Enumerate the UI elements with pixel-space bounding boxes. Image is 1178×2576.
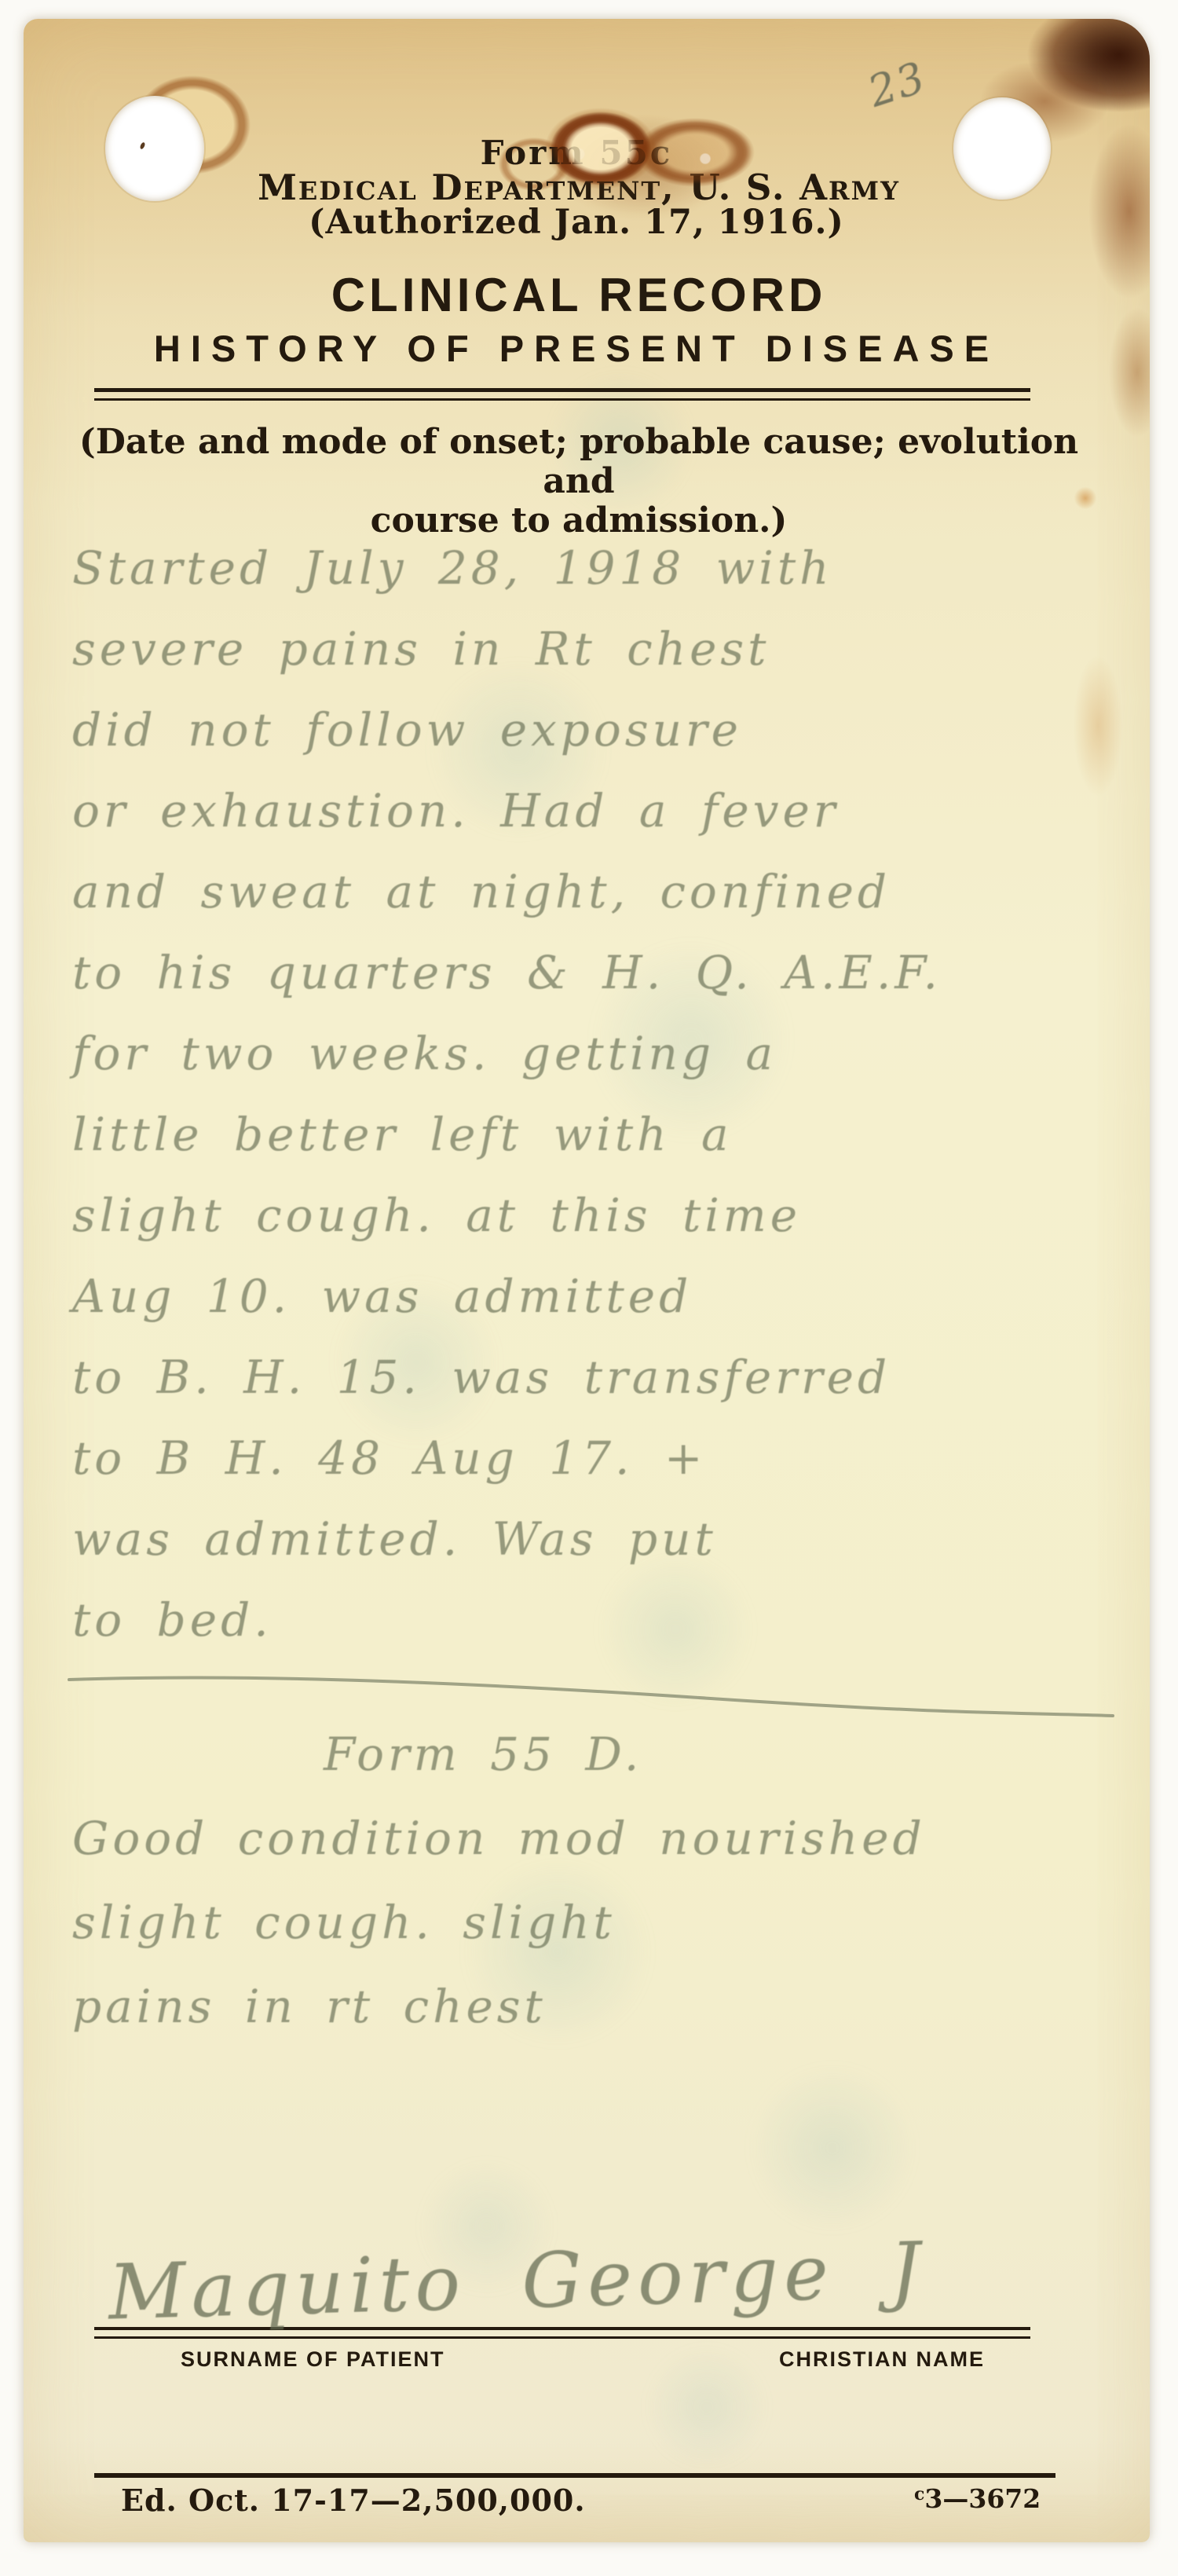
page-content: 23 Form 55c Medical Department, U. S. Ar…: [24, 19, 1150, 2542]
punch-hole-right: [953, 97, 1051, 200]
authorization-line: (Authorized Jan. 17, 1916.): [24, 206, 1129, 240]
surname-of-patient-label: SURNAME OF PATIENT: [181, 2349, 445, 2370]
handwriting-section-2: Form 55 D.Good condition mod nourishedsl…: [72, 1713, 1150, 2049]
punch-hole-left: [105, 96, 204, 201]
handwriting-section-1: Started July 28, 1918 withsevere pains i…: [72, 528, 1150, 1661]
handwriting-line: and sweat at night, confined: [72, 852, 1150, 933]
instructions-line-1: (Date and mode of onset; probable cause;…: [55, 423, 1103, 501]
edition-note: Ed. Oct. 17-17—2,500,000.: [121, 2486, 586, 2516]
document-title: CLINICAL RECORD: [24, 272, 1134, 319]
instructions-text: (Date and mode of onset; probable cause;…: [55, 423, 1103, 540]
page-number-annotation: 23: [862, 52, 932, 116]
handwriting-line: Started July 28, 1918 with: [72, 528, 1150, 609]
handwriting-line: severe pains in Rt chest: [72, 609, 1150, 690]
footer-rule: [94, 2473, 1055, 2478]
christian-name-label: CHRISTIAN NAME: [779, 2349, 985, 2370]
patient-signature: Maquito George J: [108, 2229, 927, 2335]
handwriting-line: Form 55 D.: [324, 1713, 1150, 1797]
scanned-clinical-record: { "page_number": "23", "header": { "form…: [0, 0, 1178, 2576]
handwriting-line: Aug 10. was admitted: [72, 1256, 1150, 1337]
handwriting-line: to bed.: [72, 1580, 1150, 1661]
paper-sheet: 23 Form 55c Medical Department, U. S. Ar…: [24, 19, 1150, 2542]
plate-number: c3—3672: [914, 2486, 1041, 2512]
handwriting-line: pains in rt chest: [72, 1965, 1150, 2049]
handwriting-line: was admitted. Was put: [72, 1499, 1150, 1580]
document-subtitle: HISTORY OF PRESENT DISEASE: [24, 330, 1129, 367]
punch-hole-speck: [140, 141, 146, 149]
handwriting-line: did not follow exposure: [72, 690, 1150, 771]
handwriting-line: slight cough. slight: [72, 1881, 1150, 1965]
handwriting-line: for two weeks. getting a: [72, 1013, 1150, 1094]
header-double-rule: [94, 388, 1030, 401]
handwriting-line: or exhaustion. Had a fever: [72, 771, 1150, 852]
handwriting-line: to B H. 48 Aug 17. +: [72, 1418, 1150, 1499]
plate-digits: 3—3672: [924, 2483, 1041, 2514]
handwriting-line: slight cough. at this time: [72, 1175, 1150, 1256]
handwriting-line: Good condition mod nourished: [72, 1797, 1150, 1881]
handwriting-line: little better left with a: [72, 1094, 1150, 1175]
handwriting-line: to B. H. 15. was transferred: [72, 1337, 1150, 1418]
handwriting-line: to his quarters & H. Q. A.E.F.: [72, 933, 1150, 1013]
plate-prefix: c: [914, 2484, 924, 2505]
